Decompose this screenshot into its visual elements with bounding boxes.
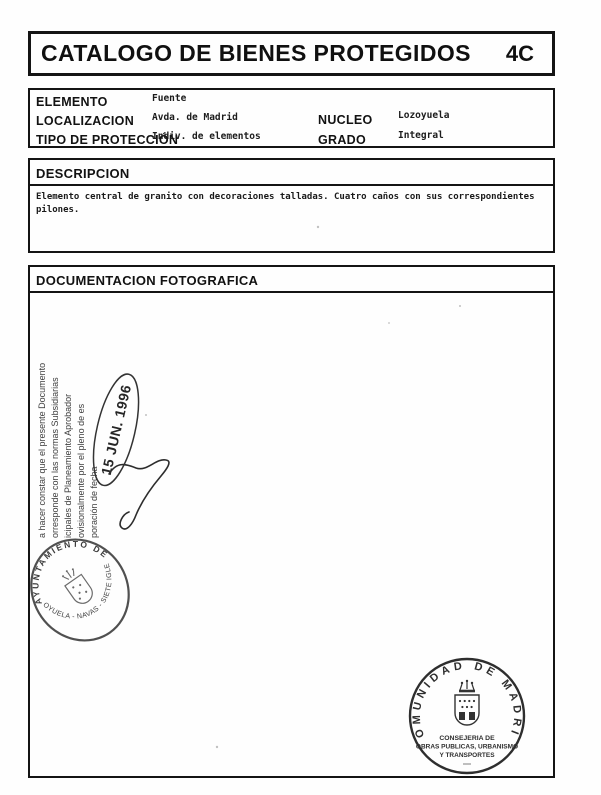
description-heading: DESCRIPCION [30,160,553,186]
description-section: DESCRIPCION Elemento central de granito … [28,158,555,253]
page-title: CATALOGO DE BIENES PROTEGIDOS [41,40,471,67]
field-value-elemento: Fuente [152,93,186,104]
field-value-nucleo: Lozoyuela [398,110,449,121]
description-text: Elemento central de granito con decoraci… [36,191,548,217]
field-label-localizacion: LOCALIZACION [36,114,134,128]
field-value-grado: Integral [398,130,444,141]
field-value-tipo-proteccion: Indiv. de elementos [152,131,261,142]
photo-documentation-heading: DOCUMENTACION FOTOGRAFICA [30,267,553,293]
form-header: CATALOGO DE BIENES PROTEGIDOS 4C [28,31,555,76]
field-value-localizacion: Avda. de Madrid [152,112,238,123]
fields-section: ELEMENTO Fuente LOCALIZACION Avda. de Ma… [28,88,555,148]
field-label-grado: GRADO [318,133,366,147]
form-code: 4C [506,41,534,67]
photo-documentation-section: DOCUMENTACION FOTOGRAFICA [28,265,555,778]
scanned-catalog-form: CATALOGO DE BIENES PROTEGIDOS 4C ELEMENT… [0,0,601,795]
field-label-elemento: ELEMENTO [36,95,108,109]
field-label-nucleo: NUCLEO [318,113,373,127]
